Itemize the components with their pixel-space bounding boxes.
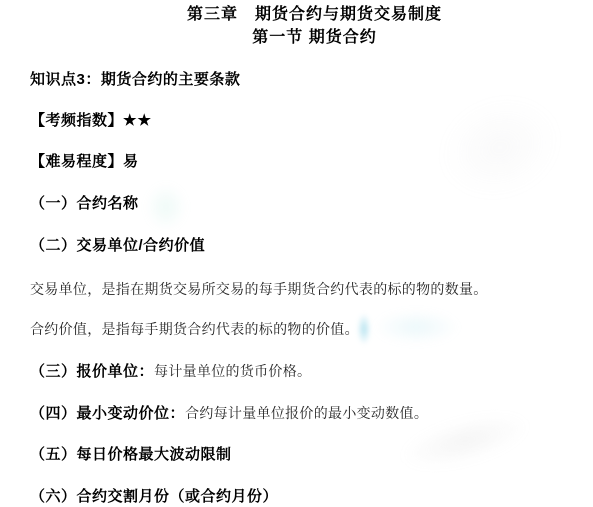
clause-4-term: （四）最小变动价位： (30, 405, 185, 422)
section-title: 第一节 期货合约 (0, 28, 593, 48)
clause-heading-6: （六）合约交割月份（或合约月份） (30, 488, 278, 506)
exam-frequency-label: 【考频指数】 (30, 112, 123, 129)
chapter-title: 第三章 期货合约与期货交易制度 (0, 5, 593, 25)
paragraph-contract-value: 合约价值，是指每手期货合约代表的标的物的价值。 (30, 320, 359, 338)
star-rating-icon: ★★ (123, 112, 152, 129)
difficulty-value: 易 (123, 153, 139, 170)
clause-3-term: （三）报价单位： (30, 363, 154, 380)
exam-frequency-line: 【考频指数】★★ (30, 112, 152, 130)
document-page: 第三章 期货合约与期货交易制度 第一节 期货合约 知识点3：期货合约的主要条款 … (0, 0, 593, 507)
knowledge-point-heading: 知识点3：期货合约的主要条款 (30, 71, 240, 89)
clause-heading-5: （五）每日价格最大波动限制 (30, 446, 232, 464)
paragraph-trading-unit: 交易单位，是指在期货交易所交易的每手期货合约代表的标的物的数量。 (30, 280, 488, 298)
watermark-smudge (374, 310, 459, 344)
watermark-smudge (145, 183, 187, 231)
clause-heading-1: （一）合约名称 (30, 195, 139, 213)
clause-heading-3: （三）报价单位：每计量单位的货币价格。 (30, 362, 311, 381)
clause-4-definition: 合约每计量单位报价的最小变动数值。 (185, 405, 428, 421)
clause-heading-4: （四）最小变动价位：合约每计量单位报价的最小变动数值。 (30, 404, 428, 423)
clause-3-definition: 每计量单位的货币价格。 (154, 363, 311, 379)
difficulty-line: 【难易程度】易 (30, 153, 139, 171)
watermark-smudge (357, 313, 371, 345)
difficulty-label: 【难易程度】 (30, 153, 123, 170)
clause-heading-2: （二）交易单位/合约价值 (30, 237, 205, 255)
watermark-smudge (427, 82, 572, 212)
